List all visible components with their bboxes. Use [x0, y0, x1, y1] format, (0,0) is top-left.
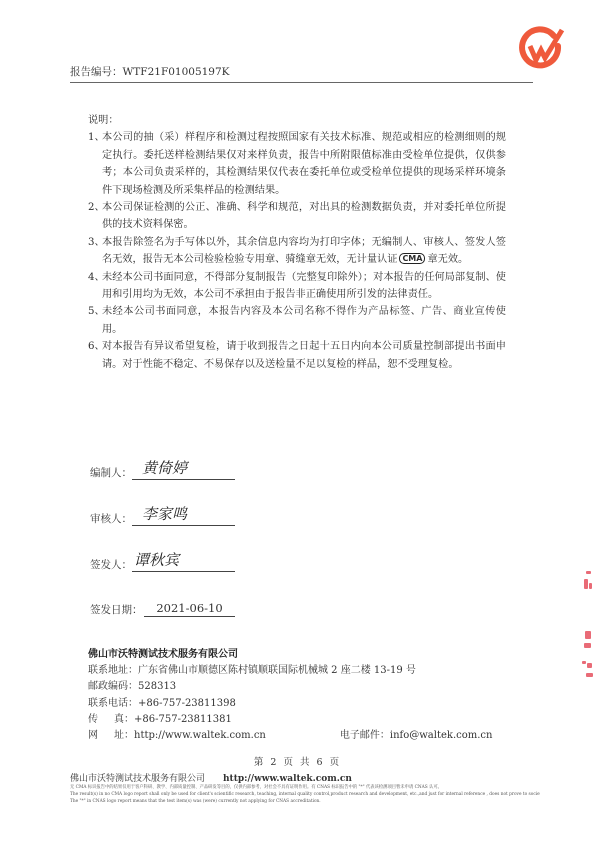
report-number-label: 报告编号： [70, 66, 123, 78]
footer-fine-print: 无 CMA 标识报告中的结果仅用于客户科研、教学、内部质量控制、产品研发等目的，… [70, 784, 540, 806]
red-seal-stamp-icon [578, 565, 595, 685]
postcode-row: 邮政编码：528313 [88, 679, 492, 695]
note-item: 5、 未经本公司书面同意，本报告内容及本公司名称不得作为产品标签、广告、商业宣传… [88, 303, 506, 338]
website-link[interactable]: http://www.waltek.com.cn [134, 728, 266, 744]
issue-date: 签发日期： 2021-06-10 [90, 600, 235, 617]
compiler-signature: 编制人： 黄倚婷 [90, 460, 235, 480]
reviewer-signature: 审核人： 李家鸣 [90, 506, 235, 526]
note-item: 2、 本公司保证检测的公正、准确、科学和规范，对出具的检测数据负责，并对委托单位… [88, 199, 506, 234]
company-info: 佛山市沃特测试技术服务有限公司 联系地址：广东省佛山市顺德区陈村镇顺联国际机械城… [88, 647, 492, 744]
report-header: 报告编号：WTF21F01005197K [70, 64, 533, 83]
page-number: 第 2 页 共 6 页 [0, 754, 595, 768]
footer-company: 佛山市沃特测试技术服务有限公司http://www.waltek.com.cn [70, 771, 352, 784]
address-row: 联系地址：广东省佛山市顺德区陈村镇顺联国际机械城 2 座二楼 13-19 号 [88, 663, 492, 679]
issue-date-value: 2021-06-10 [144, 600, 235, 617]
handwritten-signature: 黄倚婷 [142, 457, 187, 478]
issuer-signature: 签发人： 谭秋宾 [90, 552, 235, 572]
notes-section: 说明： 1、 本公司的抽（采）样程序和检测过程按照国家有关技术标准、规范或相应的… [88, 112, 506, 373]
note-item: 3、 本报告除签名为手写体以外，其余信息内容均为打印字体；无编制人、审核人、签发… [88, 234, 506, 269]
report-number: WTF21F01005197K [123, 66, 230, 78]
note-item: 1、 本公司的抽（采）样程序和检测过程按照国家有关技术标准、规范或相应的检测细则… [88, 129, 506, 199]
handwritten-signature: 谭秋宾 [134, 549, 179, 570]
company-name: 佛山市沃特测试技术服务有限公司 [88, 647, 492, 663]
fax-row: 传真：+86-757-23811381 [88, 712, 492, 728]
handwritten-signature: 李家鸣 [142, 503, 187, 524]
phone-row: 联系电话：+86-757-23811398 [88, 696, 492, 712]
notes-title: 说明： [88, 112, 506, 129]
note-item: 4、 未经本公司书面同意，不得部分复制报告（完整复印除外）；对本报告的任何局部复… [88, 269, 506, 304]
note-item: 6、 对本报告有异议希望复检，请于收到报告之日起十五日内向本公司质量控制部提出书… [88, 338, 506, 373]
footer-url[interactable]: http://www.waltek.com.cn [223, 774, 352, 784]
email-link[interactable]: info@waltek.com.cn [390, 728, 493, 744]
cma-badge-icon: CMA [399, 253, 425, 264]
web-row: 网址：http://www.waltek.com.cn 电子邮件：info@wa… [88, 728, 492, 744]
